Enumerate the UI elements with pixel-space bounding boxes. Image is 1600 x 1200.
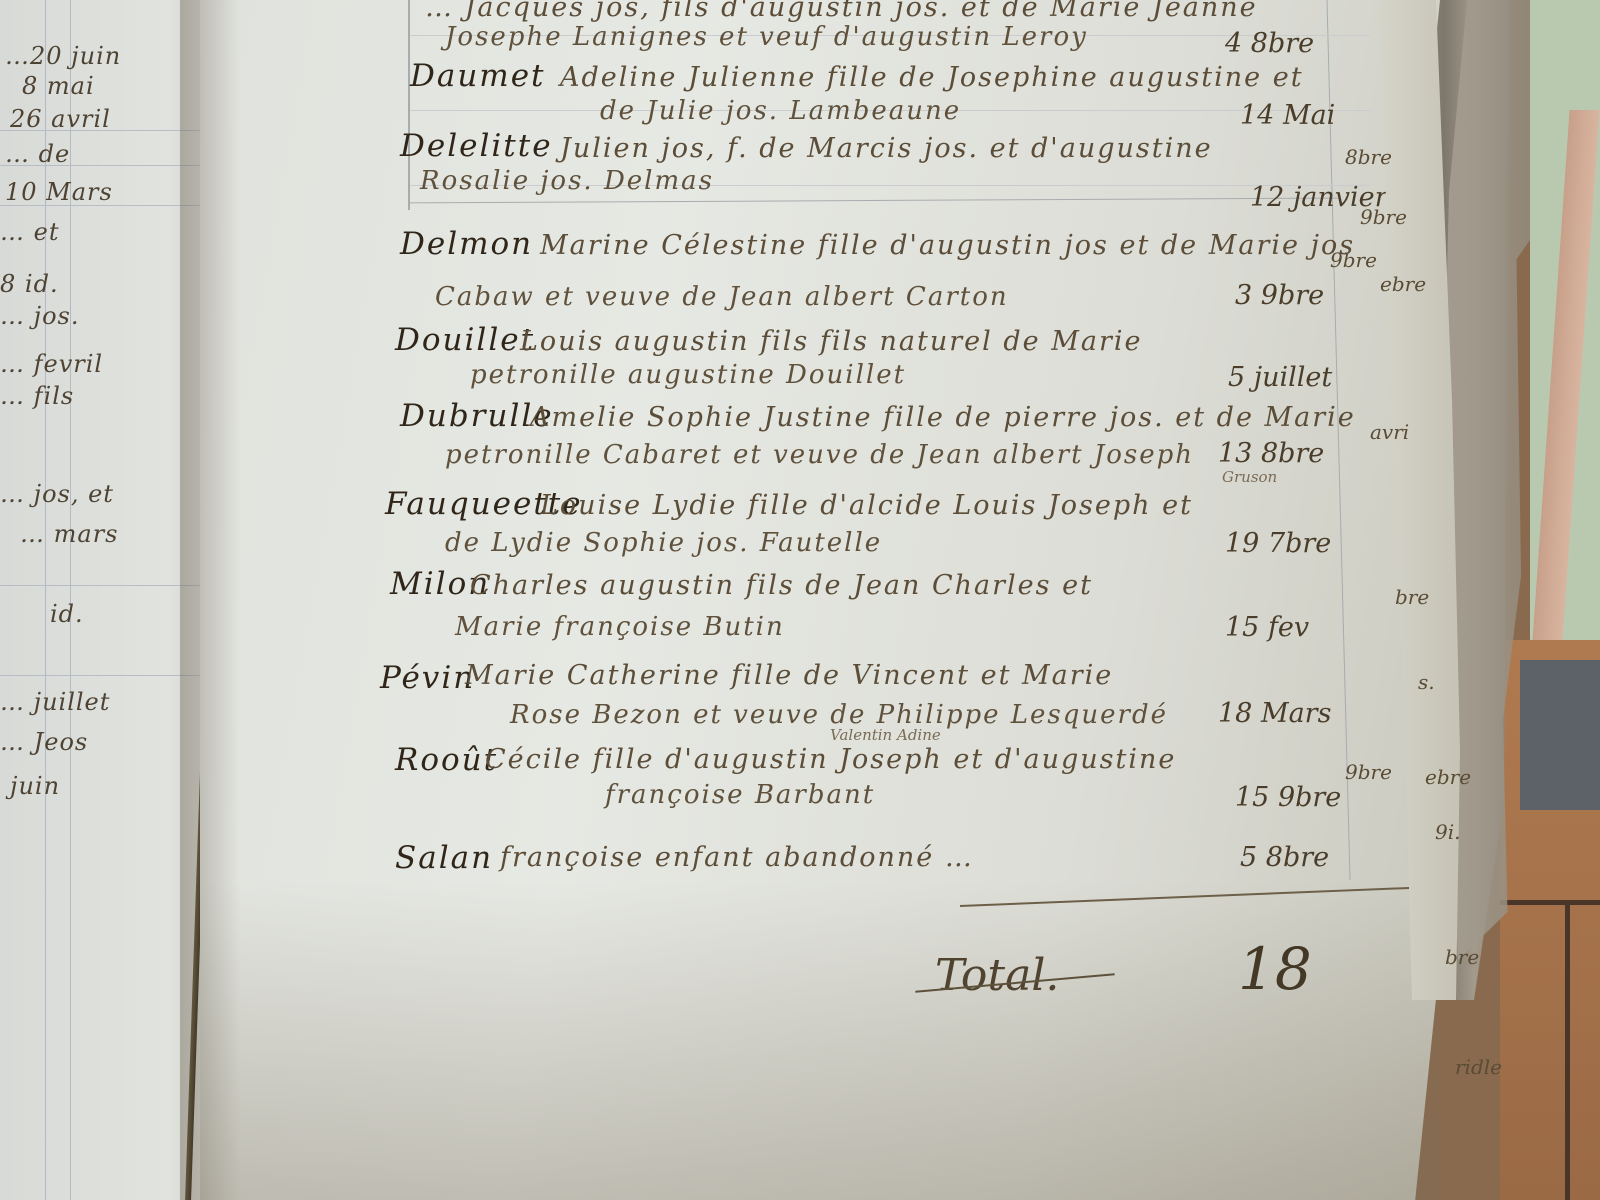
entry-line-1: Amelie Sophie Justine fille de pierre jo…: [530, 402, 1356, 433]
left-margin-date: 10 Mars: [5, 178, 113, 206]
left-margin-date: … Jeos: [0, 728, 88, 756]
entry-line-1: Cécile fille d'augustin Joseph et d'augu…: [485, 744, 1176, 775]
entry-surname: Daumet: [410, 58, 546, 94]
left-margin-date: … juillet: [0, 688, 110, 716]
page-shadow: [200, 880, 1440, 1200]
entry-line-1: Marie Catherine fille de Vincent et Mari…: [465, 660, 1113, 691]
right-margin-note: bre: [1445, 945, 1479, 969]
background-slate: [1520, 660, 1600, 810]
entry-line-1: Adeline Julienne fille de Josephine augu…: [560, 62, 1304, 93]
right-margin-note: 9bre: [1360, 205, 1407, 229]
left-margin-date: … de: [5, 140, 70, 168]
entry-insertion: Valentin Adine: [830, 726, 941, 744]
entry-line-2: Rosalie jos. Delmas: [420, 166, 714, 196]
left-margin-date: juin: [10, 772, 60, 800]
entry-line-2: petronille Cabaret et veuve de Jean albe…: [445, 440, 1194, 470]
entry-date: 15 fev: [1225, 612, 1309, 643]
entry-line-2: de Julie jos. Lambeaune: [600, 96, 961, 126]
entry-line-2: Marie françoise Butin: [455, 612, 785, 642]
right-margin-note: 9bre: [1330, 248, 1377, 272]
entry-line-1: Charles augustin fils de Jean Charles et: [470, 570, 1093, 601]
left-margin-date: 8 id.: [0, 270, 59, 298]
entry-surname: Pévin: [380, 660, 475, 696]
entry-date: 19 7bre: [1225, 528, 1331, 559]
entry-surname: Delmon: [400, 226, 533, 262]
left-margin-date: id.: [50, 600, 84, 628]
entry-date: 4 8bre: [1225, 28, 1314, 59]
right-margin-note: ebre: [1425, 765, 1471, 789]
left-margin-date: … mars: [20, 520, 118, 548]
right-margin-note: 9i.: [1435, 820, 1460, 844]
left-margin-date: 26 avril: [10, 105, 111, 133]
entry-line-2: françoise Barbant: [605, 780, 875, 810]
entry-date: 5 juillet: [1228, 362, 1332, 393]
left-margin-date: 8 mai: [22, 72, 95, 100]
background-table-edge: [1500, 900, 1600, 905]
entry-insertion: Gruson: [1222, 468, 1277, 486]
entry-line-2: Cabaw et veuve de Jean albert Carton: [435, 282, 1009, 312]
right-margin-note: 8bre: [1345, 145, 1392, 169]
entry-surname: Douillet: [395, 322, 535, 358]
entry-line-2: Josephe Lanignes et veuf d'augustin Lero…: [445, 22, 1088, 52]
entry-line-2: de Lydie Sophie jos. Fautelle: [445, 528, 882, 558]
right-margin-note: ebre: [1380, 272, 1426, 296]
entry-surname: Delelitte: [400, 128, 553, 164]
entry-surname: Rooût: [395, 742, 498, 778]
right-margin-note: bre: [1395, 585, 1429, 609]
entry-line-1: … Jacques jos, fils d'augustin jos. et d…: [425, 0, 1258, 23]
left-margin-date: …20 juin: [5, 42, 121, 70]
entry-line-2: petronille augustine Douillet: [470, 360, 906, 390]
left-margin-date: … et: [0, 218, 59, 246]
right-margin-note: ridle: [1455, 1055, 1502, 1079]
right-margin-note: s.: [1418, 670, 1435, 694]
right-margin-note: 9bre: [1345, 760, 1392, 784]
entry-date: 3 9bre: [1235, 280, 1324, 311]
entry-line-1: françoise enfant abandonné …: [500, 842, 974, 873]
right-margin-note: avri: [1370, 420, 1409, 444]
entry-date: 5 8bre: [1240, 842, 1329, 873]
left-margin-date: … fils: [0, 382, 74, 410]
page-frame-left-rule: [408, 0, 410, 210]
entry-line-1: Julien jos, f. de Marcis jos. et d'augus…: [560, 133, 1213, 164]
left-margin-date: … jos.: [0, 302, 79, 330]
left-page-ruling: [0, 675, 200, 676]
background-table-seam: [1565, 900, 1570, 1200]
entry-date: 14 Mai: [1240, 100, 1335, 131]
entry-surname: Salan: [395, 840, 493, 876]
left-margin-date: … jos, et: [0, 480, 114, 508]
entry-date: 18 Mars: [1218, 698, 1331, 729]
entry-line-1: Marine Célestine fille d'augustin jos et…: [540, 230, 1355, 261]
entry-date: 15 9bre: [1235, 782, 1341, 813]
entry-line-1: Louise Lydie fille d'alcide Louis Joseph…: [540, 490, 1193, 521]
left-margin-date: … fevril: [0, 350, 103, 378]
left-page-ruling: [0, 585, 200, 586]
entry-date: 13 8bre: [1218, 438, 1324, 469]
entry-line-1: Louis augustin fils fils naturel de Mari…: [520, 326, 1142, 357]
